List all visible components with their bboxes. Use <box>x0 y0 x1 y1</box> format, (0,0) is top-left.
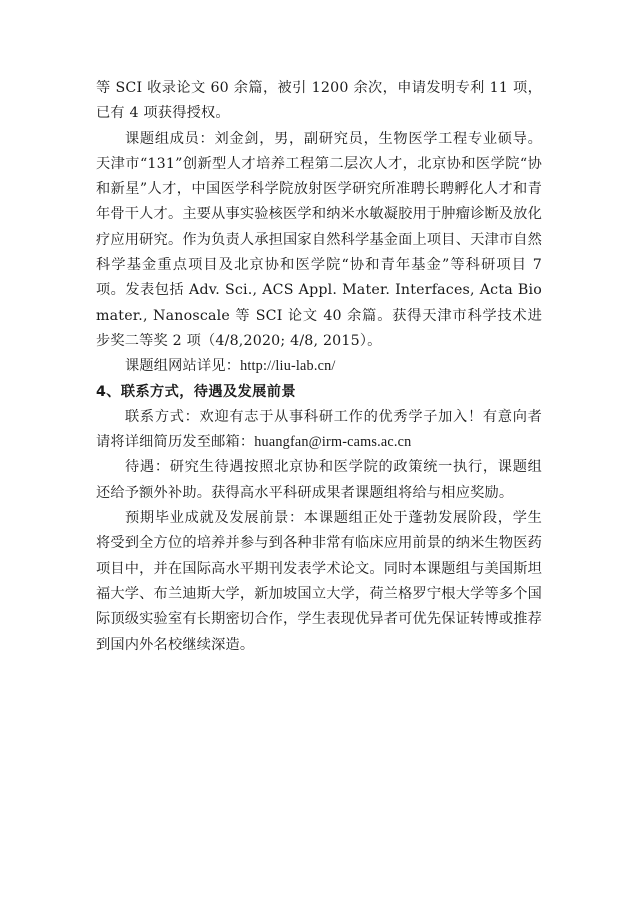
paragraph-prospects: 预期毕业成就及发展前景：本课题组正处于蓬勃发展阶段，学生将受到全方位的培养并参与… <box>96 506 542 658</box>
paragraph-website: 课题组网站详见：http://liu-lab.cn/ <box>96 354 542 379</box>
section-heading-contact: 4、联系方式，待遇及发展前景 <box>96 380 542 405</box>
paragraph-publications-tail: 等 SCI 收录论文 60 余篇，被引 1200 余次，申请发明专利 11 项，… <box>96 76 542 127</box>
email-link[interactable]: huangfan@irm-cams.ac.cn <box>254 434 411 450</box>
paragraph-member-liu: 课题组成员：刘金剑，男，副研究员，生物医学工程专业硕导。天津市“131”创新型人… <box>96 127 542 355</box>
website-link[interactable]: http://liu-lab.cn/ <box>240 358 335 374</box>
website-label: 课题组网站详见： <box>125 358 240 374</box>
document-page: 等 SCI 收录论文 60 余篇，被引 1200 余次，申请发明专利 11 项，… <box>96 76 542 658</box>
paragraph-contact: 联系方式：欢迎有志于从事科研工作的优秀学子加入！有意向者请将详细简历发至邮箱：h… <box>96 405 542 456</box>
paragraph-benefits: 待遇：研究生待遇按照北京协和医学院的政策统一执行，课题组还给予额外补助。获得高水… <box>96 455 542 506</box>
